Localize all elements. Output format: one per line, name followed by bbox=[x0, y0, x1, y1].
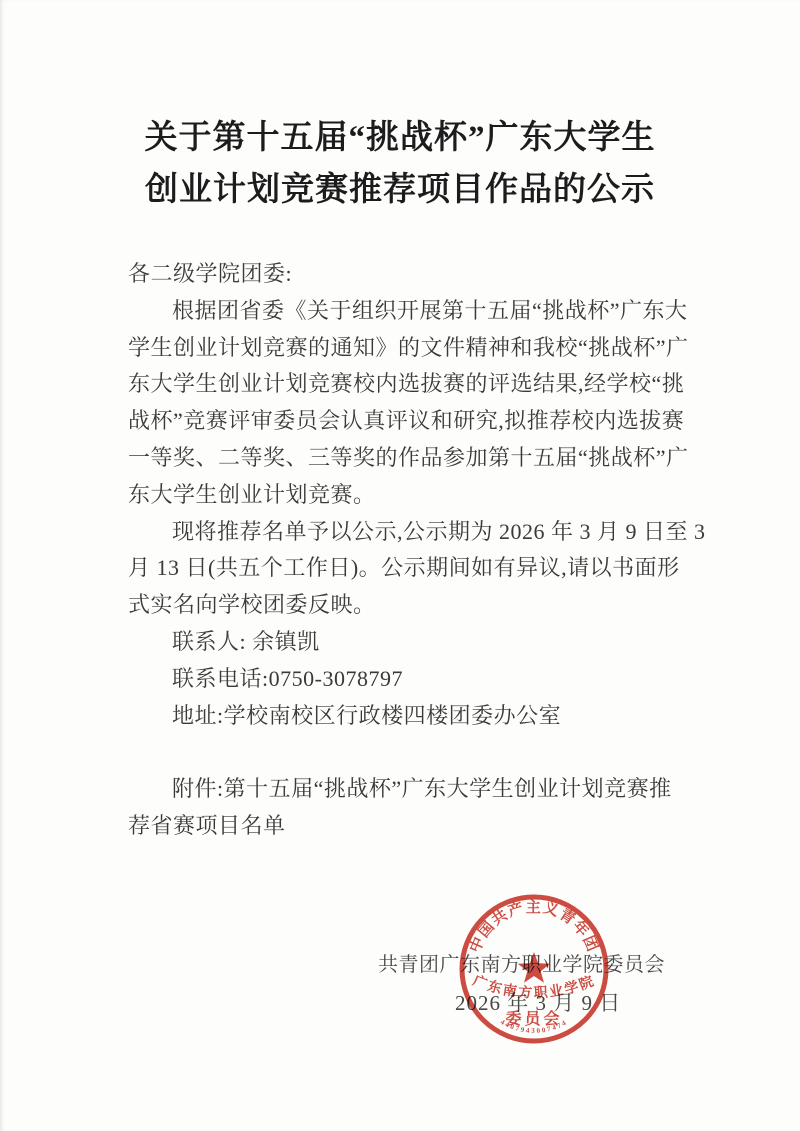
title-line-2: 创业计划竞赛推荐项目作品的公示 bbox=[0, 164, 800, 216]
body-line-blank bbox=[128, 734, 674, 771]
body-line: 现将推荐名单予以公示,公示期为 2026 年 3 月 9 日至 3 bbox=[128, 514, 674, 551]
document-title: 关于第十五届“挑战杯”广东大学生 创业计划竞赛推荐项目作品的公示 bbox=[0, 112, 800, 216]
seal-inner-arc-text: 广东南方职业学院 bbox=[470, 972, 597, 1002]
body-line: 东大学生创业计划竞赛校内选拔赛的评选结果,经学校“挑 bbox=[128, 366, 674, 403]
seal-outer-text: 中国共产主义青年团 bbox=[467, 898, 603, 955]
body-line: 东大学生创业计划竞赛。 bbox=[128, 477, 674, 514]
document-page: 关于第十五届“挑战杯”广东大学生 创业计划竞赛推荐项目作品的公示 各二级学院团委… bbox=[0, 0, 800, 1131]
official-seal: 中国共产主义青年团 广东南方职业学院 委员会 4407943007474 bbox=[454, 889, 614, 1049]
title-line-1: 关于第十五届“挑战杯”广东大学生 bbox=[0, 112, 800, 164]
body-line: 一等奖、二等奖、三等奖的作品参加第十五届“挑战杯”广 bbox=[128, 440, 674, 477]
body-line: 式实名向学校团委反映。 bbox=[128, 587, 674, 624]
body-line: 月 13 日(共五个工作日)。公示期间如有异议,请以书面形 bbox=[128, 550, 674, 587]
body-line-contact-phone: 联系电话:0750-3078797 bbox=[128, 661, 674, 698]
body-line-attachment-cont: 荐省赛项目名单 bbox=[128, 808, 674, 845]
body-line: 根据团省委《关于组织开展第十五届“挑战杯”广东大 bbox=[128, 293, 674, 330]
body-line-address: 地址:学校南校区行政楼四楼团委办公室 bbox=[128, 698, 674, 735]
body-line-salutation: 各二级学院团委: bbox=[128, 256, 674, 293]
body-line: 学生创业计划竞赛的通知》的文件精神和我校“挑战杯”广 bbox=[128, 330, 674, 367]
body-line: 战杯”竞赛评审委员会认真评议和研究,拟推荐校内选拔赛 bbox=[128, 403, 674, 440]
document-body: 各二级学院团委: 根据团省委《关于组织开展第十五届“挑战杯”广东大 学生创业计划… bbox=[128, 256, 674, 845]
body-line-contact-person: 联系人: 余镇凯 bbox=[128, 624, 674, 661]
star-icon bbox=[518, 952, 550, 983]
body-line-attachment: 附件:第十五届“挑战杯”广东大学生创业计划竞赛推 bbox=[128, 771, 674, 808]
